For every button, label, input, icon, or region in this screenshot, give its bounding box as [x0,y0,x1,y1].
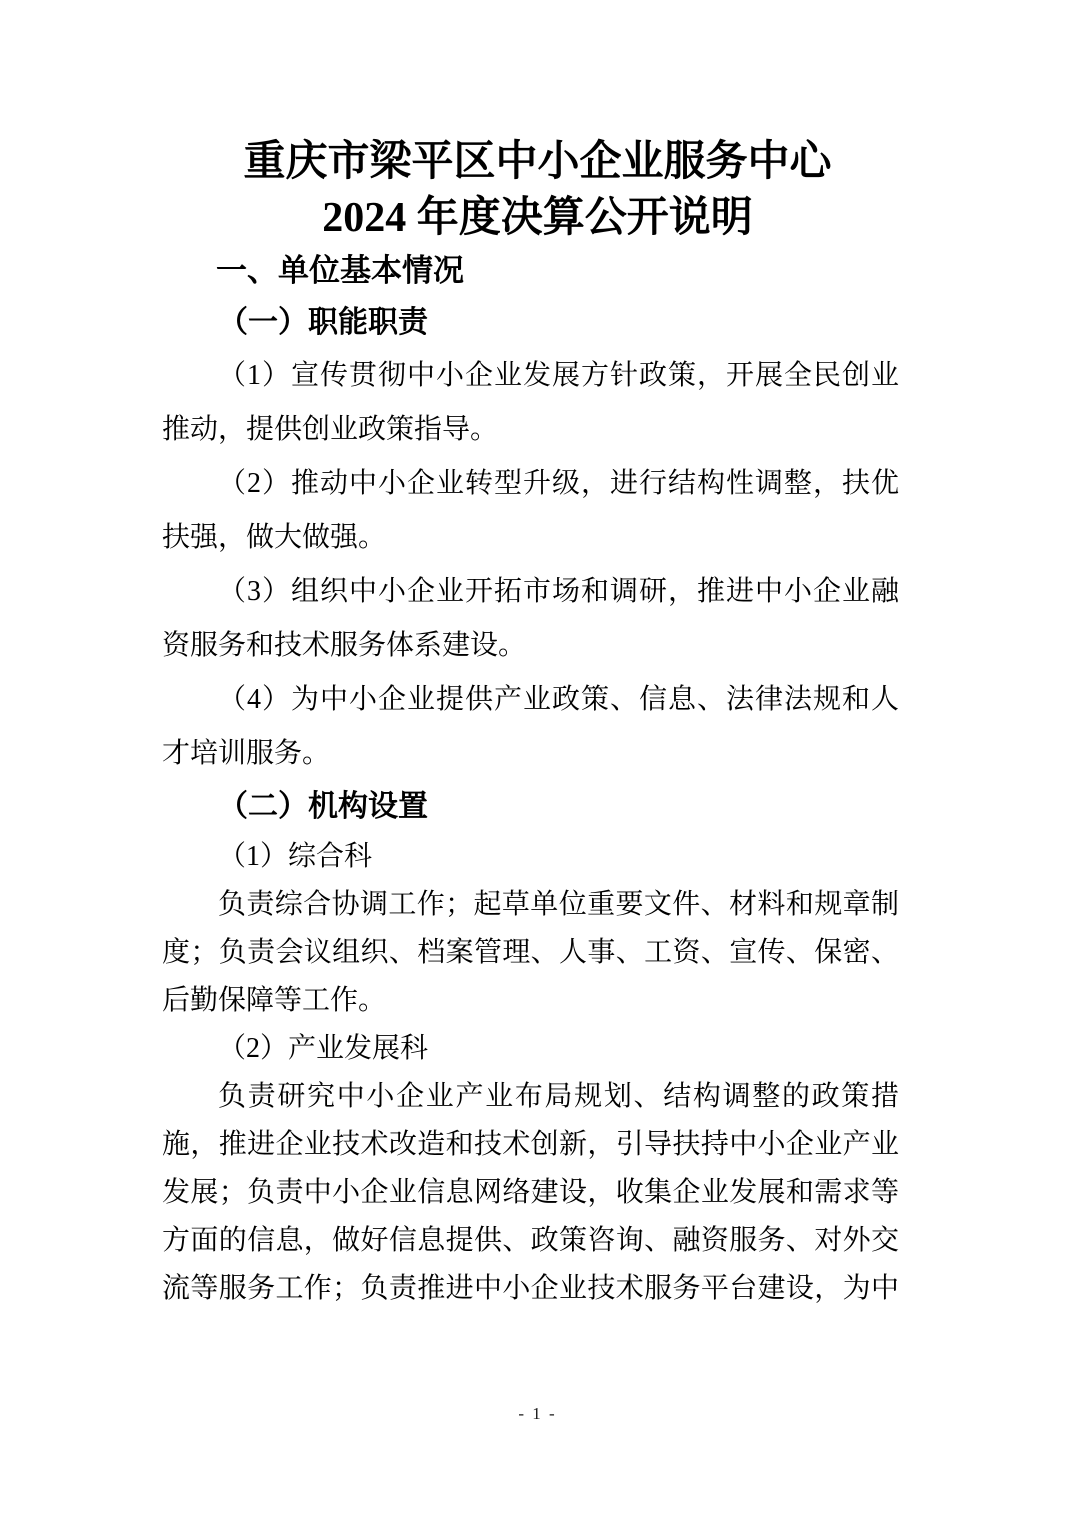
text-line: （4）为中小企业提供产业政策、信息、法律法规和人 [162,673,899,727]
document-title-line1: 重庆市梁平区中小企业服务中心 [0,134,1075,190]
page-number: - 1 - [518,1404,556,1423]
section-heading: 一、单位基本情况 [162,245,899,297]
text-line: 后勤保障等工作。 [162,977,899,1025]
document-page: 重庆市梁平区中小企业服务中心 2024 年度决算公开说明 一、单位基本情况（一）… [0,0,1075,1520]
text-line: 流等服务工作；负责推进中小企业技术服务平台建设，为中 [162,1265,899,1313]
text-line: （1）综合科 [162,833,899,881]
text-line: （2）推动中小企业转型升级，进行结构性调整，扶优 [162,457,899,511]
text-line: （1）宣传贯彻中小企业发展方针政策，开展全民创业 [162,349,899,403]
text-line: 方面的信息，做好信息提供、政策咨询、融资服务、对外交 [162,1217,899,1265]
text-line: 度；负责会议组织、档案管理、人事、工资、宣传、保密、 [162,929,899,977]
document-section-2: （二）机构设置（1）综合科负责综合协调工作；起草单位重要文件、材料和规章制度；负… [162,781,899,1313]
text-line: 施，推进企业技术改造和技术创新，引导扶持中小企业产业 [162,1121,899,1169]
text-line: 负责研究中小企业产业布局规划、结构调整的政策措 [162,1073,899,1121]
text-line: （2）产业发展科 [162,1025,899,1073]
text-line: （3）组织中小企业开拓市场和调研，推进中小企业融 [162,565,899,619]
text-line: 资服务和技术服务体系建设。 [162,619,899,673]
document-section-1: 一、单位基本情况（一）职能职责（1）宣传贯彻中小企业发展方针政策，开展全民创业推… [162,245,899,781]
document-title-line2: 2024 年度决算公开说明 [0,190,1075,246]
text-line: 发展；负责中小企业信息网络建设，收集企业发展和需求等 [162,1169,899,1217]
document-title: 重庆市梁平区中小企业服务中心 2024 年度决算公开说明 [0,134,1075,246]
text-line: 负责综合协调工作；起草单位重要文件、材料和规章制 [162,881,899,929]
text-line: 推动，提供创业政策指导。 [162,403,899,457]
text-line: 扶强，做大做强。 [162,511,899,565]
document-body: 一、单位基本情况（一）职能职责（1）宣传贯彻中小企业发展方针政策，开展全民创业推… [162,245,899,1313]
subsection-heading: （二）机构设置 [162,781,899,833]
text-line: 才培训服务。 [162,727,899,781]
page-footer: - 1 - [0,1404,1075,1424]
subsection-heading: （一）职能职责 [162,297,899,349]
